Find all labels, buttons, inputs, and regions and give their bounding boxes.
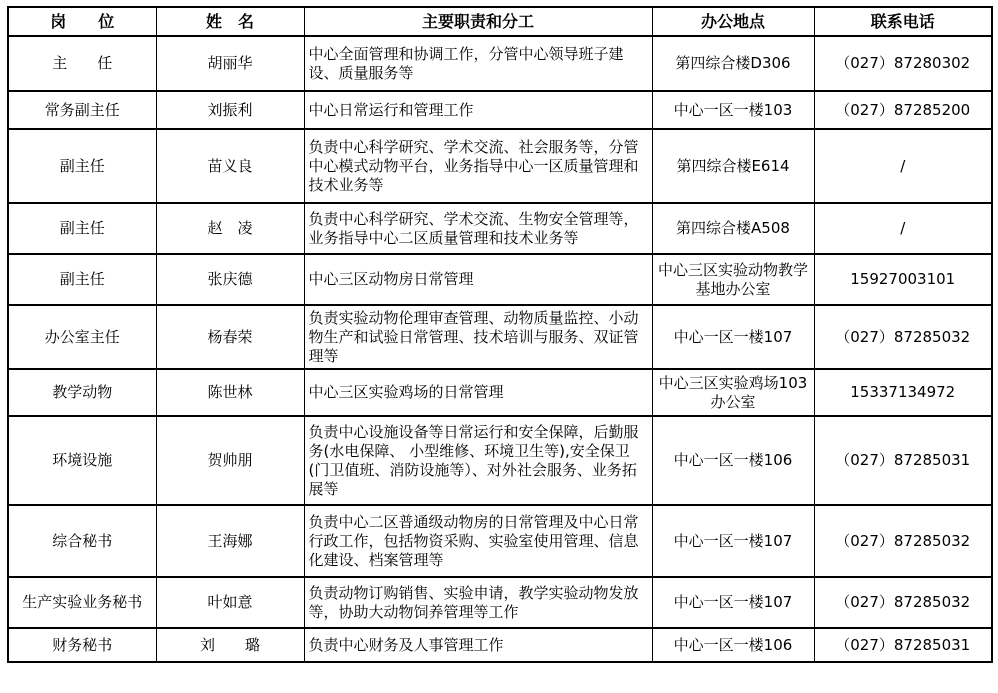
phone-cell: （027）87285032 — [814, 305, 992, 369]
name-cell: 张庆德 — [156, 254, 304, 305]
location-cell: 中心三区实验动物教学基地办公室 — [652, 254, 814, 305]
name-cell: 苗义良 — [156, 129, 304, 203]
name-cell: 赵 凌 — [156, 203, 304, 254]
staff-directory-table: 岗 位 姓 名 主要职责和分工 办公地点 联系电话 主 任 胡丽华 中心全面管理… — [7, 6, 993, 663]
column-header-name: 姓 名 — [156, 7, 304, 36]
table-row: 常务副主任 刘振利 中心日常运行和管理工作 中心一区一楼103 （027）872… — [8, 91, 992, 129]
name-cell: 王海娜 — [156, 505, 304, 577]
name-cell: 叶如意 — [156, 577, 304, 628]
location-cell: 第四综合楼E614 — [652, 129, 814, 203]
duty-cell: 负责中心设施设备等日常运行和安全保障，后勤服务(水电保障、 小型维修、环境卫生等… — [304, 416, 652, 505]
position-cell: 主 任 — [8, 36, 156, 91]
position-cell: 办公室主任 — [8, 305, 156, 369]
position-cell: 副主任 — [8, 254, 156, 305]
phone-cell: （027）87285031 — [814, 628, 992, 662]
duty-cell: 负责中心科学研究、学术交流、社会服务等，分管中心模式动物平台，业务指导中心一区质… — [304, 129, 652, 203]
name-cell: 陈世林 — [156, 369, 304, 416]
table-row: 主 任 胡丽华 中心全面管理和协调工作，分管中心领导班子建设、质量服务等 第四综… — [8, 36, 992, 91]
phone-cell: （027）87285032 — [814, 577, 992, 628]
duty-cell: 负责动物订购销售、实验申请，教学实验动物发放等，协助大动物饲养管理等工作 — [304, 577, 652, 628]
position-cell: 常务副主任 — [8, 91, 156, 129]
column-header-duty: 主要职责和分工 — [304, 7, 652, 36]
table-row: 综合秘书 王海娜 负责中心二区普通级动物房的日常管理及中心日常行政工作，包括物资… — [8, 505, 992, 577]
table-row: 副主任 苗义良 负责中心科学研究、学术交流、社会服务等，分管中心模式动物平台，业… — [8, 129, 992, 203]
phone-cell: 15337134972 — [814, 369, 992, 416]
duty-cell: 负责中心科学研究、学术交流、生物安全管理等，业务指导中心二区质量管理和技术业务等 — [304, 203, 652, 254]
name-cell: 贺帅朋 — [156, 416, 304, 505]
phone-cell: / — [814, 203, 992, 254]
phone-cell: （027）87285032 — [814, 505, 992, 577]
position-cell: 生产实验业务秘书 — [8, 577, 156, 628]
table-row: 副主任 张庆德 中心三区动物房日常管理 中心三区实验动物教学基地办公室 1592… — [8, 254, 992, 305]
position-cell: 副主任 — [8, 203, 156, 254]
location-cell: 中心一区一楼107 — [652, 577, 814, 628]
column-header-location: 办公地点 — [652, 7, 814, 36]
name-cell: 杨春荣 — [156, 305, 304, 369]
duty-cell: 负责中心财务及人事管理工作 — [304, 628, 652, 662]
duty-cell: 中心日常运行和管理工作 — [304, 91, 652, 129]
duty-cell: 负责中心二区普通级动物房的日常管理及中心日常行政工作，包括物资采购、实验室使用管… — [304, 505, 652, 577]
location-cell: 中心一区一楼107 — [652, 305, 814, 369]
name-cell: 胡丽华 — [156, 36, 304, 91]
location-cell: 中心一区一楼106 — [652, 416, 814, 505]
table-row: 财务秘书 刘 璐 负责中心财务及人事管理工作 中心一区一楼106 （027）87… — [8, 628, 992, 662]
duty-cell: 中心三区动物房日常管理 — [304, 254, 652, 305]
table-row: 办公室主任 杨春荣 负责实验动物伦理审查管理、动物质量监控、小动物生产和试验日常… — [8, 305, 992, 369]
phone-cell: （027）87285200 — [814, 91, 992, 129]
position-cell: 副主任 — [8, 129, 156, 203]
position-cell: 教学动物 — [8, 369, 156, 416]
position-cell: 财务秘书 — [8, 628, 156, 662]
table-header-row: 岗 位 姓 名 主要职责和分工 办公地点 联系电话 — [8, 7, 992, 36]
location-cell: 第四综合楼A508 — [652, 203, 814, 254]
phone-cell: （027）87280302 — [814, 36, 992, 91]
column-header-position: 岗 位 — [8, 7, 156, 36]
location-cell: 中心三区实验鸡场103办公室 — [652, 369, 814, 416]
location-cell: 第四综合楼D306 — [652, 36, 814, 91]
duty-cell: 中心全面管理和协调工作，分管中心领导班子建设、质量服务等 — [304, 36, 652, 91]
phone-cell: （027）87285031 — [814, 416, 992, 505]
position-cell: 综合秘书 — [8, 505, 156, 577]
table-row: 副主任 赵 凌 负责中心科学研究、学术交流、生物安全管理等，业务指导中心二区质量… — [8, 203, 992, 254]
duty-cell: 负责实验动物伦理审查管理、动物质量监控、小动物生产和试验日常管理、技术培训与服务… — [304, 305, 652, 369]
table-row: 环境设施 贺帅朋 负责中心设施设备等日常运行和安全保障，后勤服务(水电保障、 小… — [8, 416, 992, 505]
location-cell: 中心一区一楼107 — [652, 505, 814, 577]
phone-cell: 15927003101 — [814, 254, 992, 305]
table-row: 教学动物 陈世林 中心三区实验鸡场的日常管理 中心三区实验鸡场103办公室 15… — [8, 369, 992, 416]
name-cell: 刘 璐 — [156, 628, 304, 662]
location-cell: 中心一区一楼106 — [652, 628, 814, 662]
column-header-phone: 联系电话 — [814, 7, 992, 36]
name-cell: 刘振利 — [156, 91, 304, 129]
duty-cell: 中心三区实验鸡场的日常管理 — [304, 369, 652, 416]
location-cell: 中心一区一楼103 — [652, 91, 814, 129]
staff-directory-sheet: 岗 位 姓 名 主要职责和分工 办公地点 联系电话 主 任 胡丽华 中心全面管理… — [0, 0, 998, 693]
position-cell: 环境设施 — [8, 416, 156, 505]
table-row: 生产实验业务秘书 叶如意 负责动物订购销售、实验申请，教学实验动物发放等，协助大… — [8, 577, 992, 628]
phone-cell: / — [814, 129, 992, 203]
